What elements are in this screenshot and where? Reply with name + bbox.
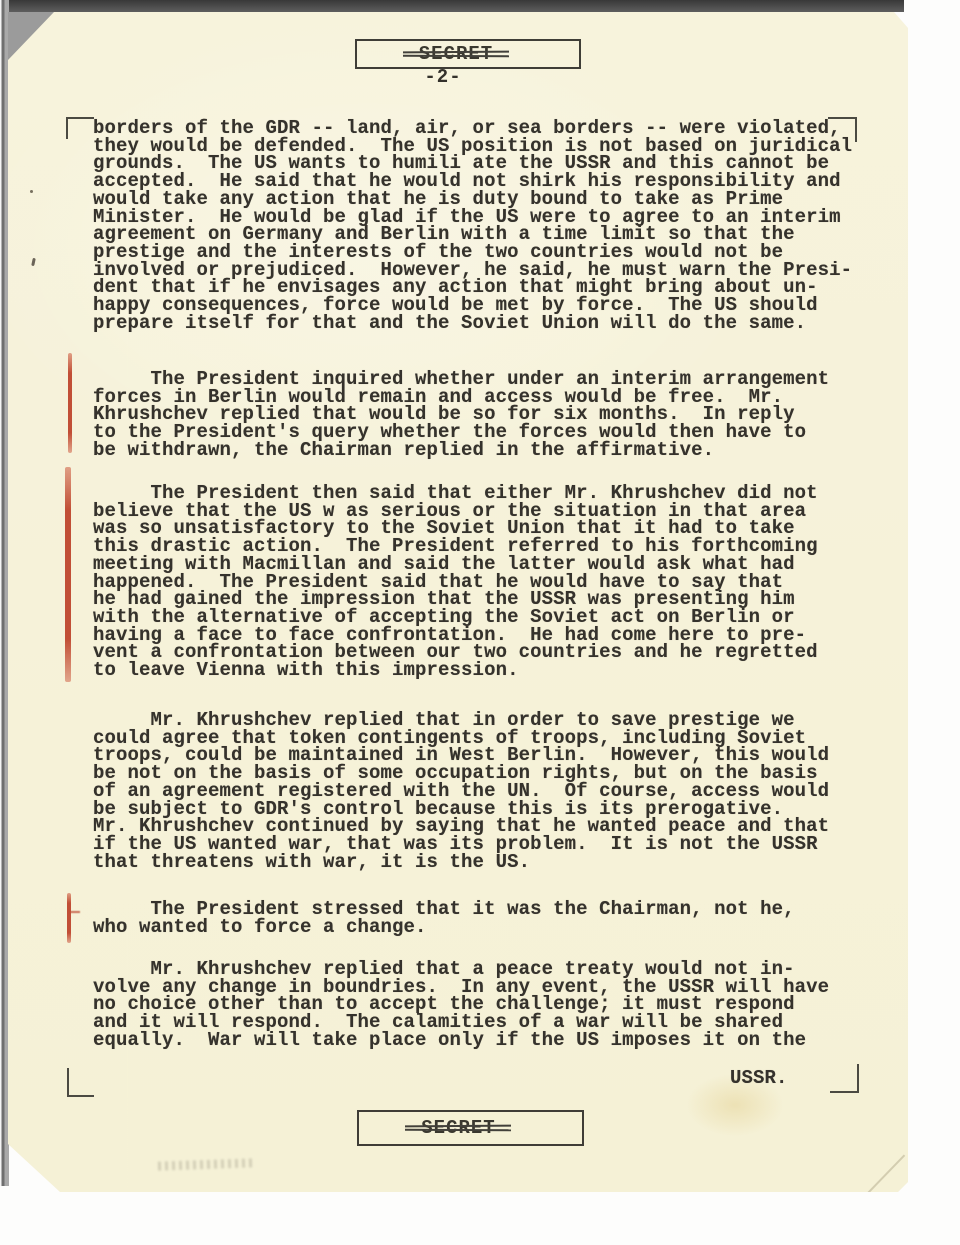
scanner-top-edge: [0, 0, 904, 12]
scanned-document-page: SECRET -2- borders of the GDR -- land, a…: [8, 12, 908, 1192]
red-margin-line-3: [67, 893, 71, 943]
red-margin-line-2: [65, 467, 71, 682]
classification-text-struck-through: SECRET: [421, 1117, 495, 1139]
classification-stamp-box-header: SECRET: [355, 39, 581, 69]
body-paragraph-1: borders of the GDR -- land, air, or sea …: [93, 120, 852, 332]
classification-stamp-box-footer: SECRET: [357, 1110, 584, 1146]
red-margin-line-tick: [69, 911, 80, 913]
body-paragraph-2: The President inquired whether under an …: [93, 371, 829, 460]
sentence-continuation-ussr: USSR.: [730, 1070, 788, 1088]
pencil-smudge: [158, 1158, 253, 1170]
stray-ink-mark: [31, 258, 36, 266]
paper-crease: [829, 1154, 905, 1233]
body-paragraph-4: Mr. Khrushchev replied that in order to …: [93, 712, 829, 871]
classification-text-struck-through: SECRET: [419, 43, 493, 65]
stray-ink-dot: [30, 190, 33, 193]
page-number: -2-: [393, 66, 493, 88]
body-paragraph-5: The President stressed that it was the C…: [93, 901, 795, 936]
body-paragraph-6: Mr. Khrushchev replied that a peace trea…: [93, 961, 829, 1050]
body-paragraph-3: The President then said that either Mr. …: [93, 485, 818, 680]
red-margin-line-1: [68, 353, 72, 453]
scanner-left-edge: [0, 0, 9, 1186]
